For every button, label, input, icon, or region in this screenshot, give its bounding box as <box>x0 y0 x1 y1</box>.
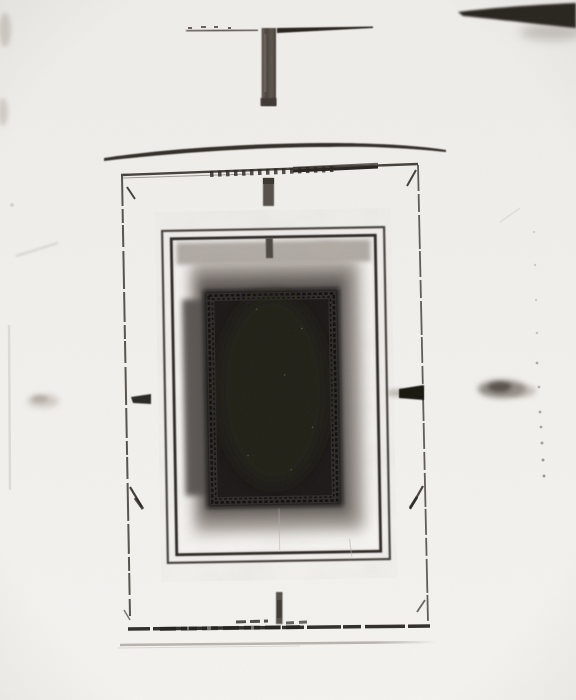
vignette <box>0 0 576 700</box>
photo-canvas <box>0 0 576 700</box>
photo-print: Black-and-white X-ray style photographic… <box>0 0 576 700</box>
